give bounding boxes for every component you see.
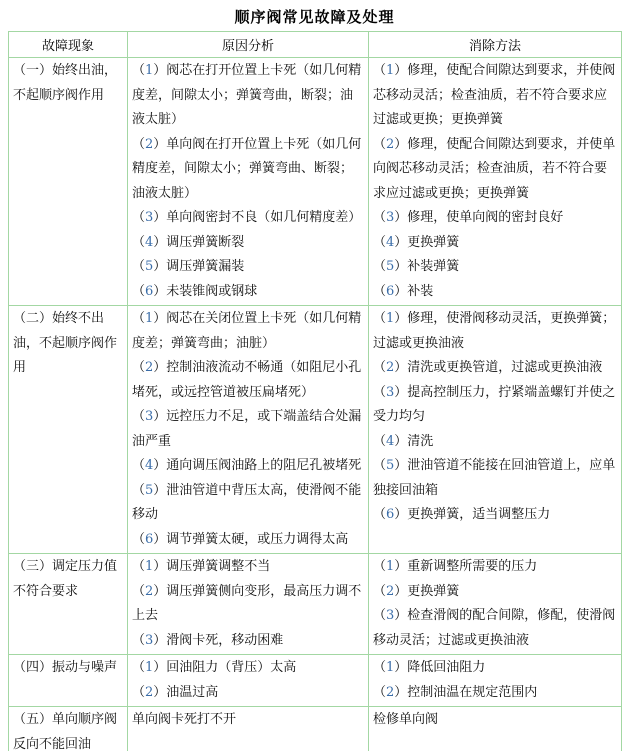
header-cause-analysis: 原因分析	[128, 32, 369, 58]
table-row: （四）振动与噪声 （1）回油阻力（背压）太高 （2）油温过高 （1）降低回油阻力…	[9, 655, 622, 707]
table-row: （三）调定压力值不符合要求 （1）调压弹簧调整不当 （2）调压弹簧侧向变形，最高…	[9, 554, 622, 655]
remedy-cell: （1）修理，使配合间隙达到要求，并使阀芯移动灵活；检查油质，若不符合要求应过滤或…	[369, 58, 622, 306]
document-page: 顺序阀常见故障及处理 故障现象 原因分析 消除方法 （一）始终出油，不起顺序阀作…	[0, 0, 629, 751]
remedy-cell: （1）重新调整所需要的压力 （2）更换弹簧 （3）检查滑阀的配合间隙，修配，使滑…	[369, 554, 622, 655]
cause-cell: 单向阀卡死打不开	[128, 707, 369, 751]
header-row: 故障现象 原因分析 消除方法	[9, 32, 622, 58]
remedy-cell: （1）降低回油阻力 （2）控制油温在规定范围内	[369, 655, 622, 707]
remedy-cell: 检修单向阀	[369, 707, 622, 751]
table-row: （五）单向顺序阀反向不能回油 单向阀卡死打不开 检修单向阀	[9, 707, 622, 751]
fault-table: 故障现象 原因分析 消除方法 （一）始终出油，不起顺序阀作用 （1）阀芯在打开位…	[8, 31, 622, 751]
cause-cell: （1）阀芯在关闭位置上卡死（如几何精度差；弹簧弯曲；油脏） （2）控制油液流动不…	[128, 306, 369, 554]
fault-cell: （四）振动与噪声	[9, 655, 128, 707]
table-row: （一）始终出油，不起顺序阀作用 （1）阀芯在打开位置上卡死（如几何精度差，间隙太…	[9, 58, 622, 306]
fault-cell: （二）始终不出油，不起顺序阀作用	[9, 306, 128, 554]
cause-cell: （1）调压弹簧调整不当 （2）调压弹簧侧向变形，最高压力调不上去 （3）滑阀卡死…	[128, 554, 369, 655]
fault-cell: （三）调定压力值不符合要求	[9, 554, 128, 655]
remedy-cell: （1）修理，使滑阀移动灵活，更换弹簧；过滤或更换油液 （2）清洗或更换管道，过滤…	[369, 306, 622, 554]
cause-cell: （1）阀芯在打开位置上卡死（如几何精度差，间隙太小；弹簧弯曲，断裂；油液太脏） …	[128, 58, 369, 306]
header-elimination-method: 消除方法	[369, 32, 622, 58]
cause-cell: （1）回油阻力（背压）太高 （2）油温过高	[128, 655, 369, 707]
fault-cell: （一）始终出油，不起顺序阀作用	[9, 58, 128, 306]
fault-cell: （五）单向顺序阀反向不能回油	[9, 707, 128, 751]
table-row: （二）始终不出油，不起顺序阀作用 （1）阀芯在关闭位置上卡死（如几何精度差；弹簧…	[9, 306, 622, 554]
header-fault-phenomenon: 故障现象	[9, 32, 128, 58]
page-title: 顺序阀常见故障及处理	[0, 6, 629, 27]
